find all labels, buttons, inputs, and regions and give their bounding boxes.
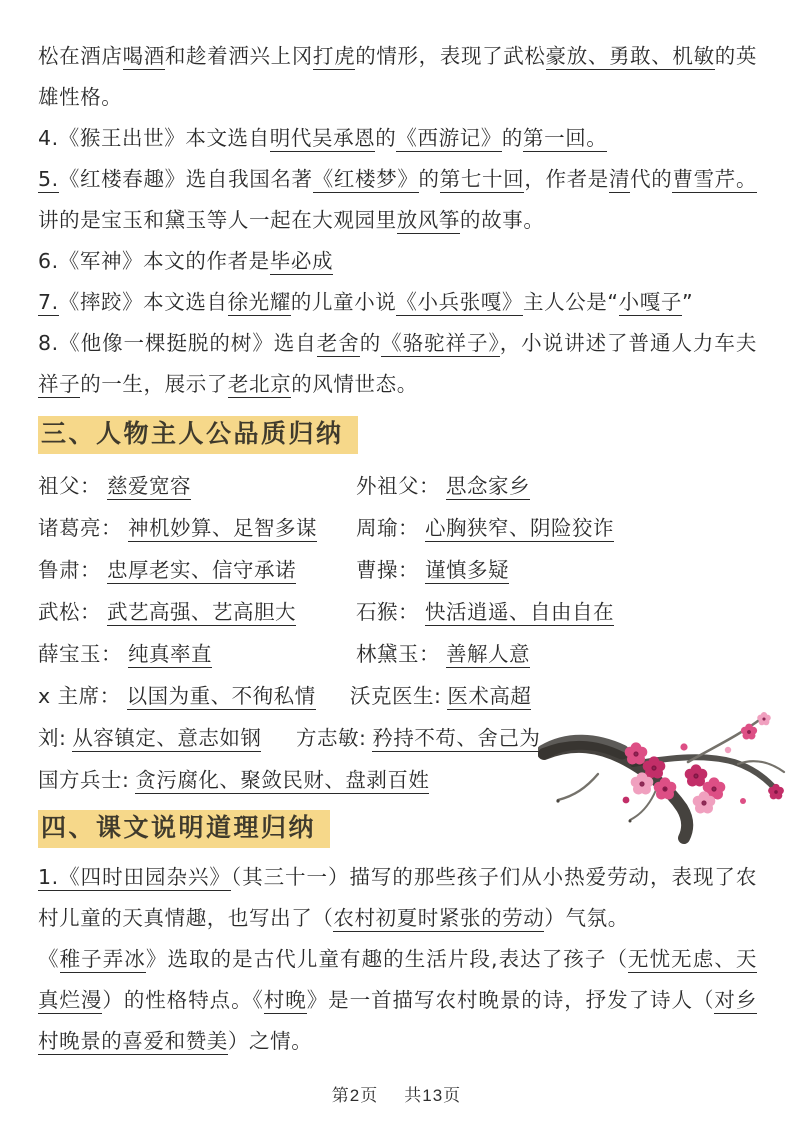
character-quality-row: 武松：武艺高强、艺高胆大 石猴：快活逍遥、自由自在: [38, 589, 757, 631]
text-segment: 讲的是宝玉和黛玉等人一起在大观园里: [38, 208, 397, 232]
underlined-text: 《西游记》: [396, 126, 502, 152]
character-quality-row: 薛宝玉：纯真率直 林黛玉：善解人意: [38, 631, 757, 673]
character-name: 林黛玉：: [356, 642, 440, 666]
character-name: x 主席：: [38, 684, 121, 708]
underlined-text: 曹雪芹。: [672, 167, 757, 193]
text-segment: ”: [682, 290, 693, 314]
character-name: 曹操：: [356, 558, 419, 582]
text-segment: 4.《猴王出世》本文选自: [38, 126, 270, 150]
character-quality: 慈爱宽容: [107, 474, 191, 500]
text-segment: 主人公是“: [523, 290, 619, 314]
character-quality-cell: x 主席：以国为重、不徇私情: [38, 679, 350, 709]
character-quality-cell: 祖父：慈爱宽容: [38, 469, 356, 499]
paragraph-item-5: 5.《红楼春趣》选自我国名著《红楼梦》的第七十回，作者是清代的曹雪芹。讲的是宝玉…: [38, 159, 757, 241]
text-segment: 和趁着洒兴上冈: [165, 44, 313, 68]
page-total: 共13页: [404, 1086, 461, 1105]
underlined-text: 稚子弄冰: [60, 947, 146, 973]
character-name: 武松：: [38, 600, 101, 624]
character-quality-cell: 林黛玉：善解人意: [356, 637, 530, 667]
text-segment: ）之情。: [228, 1029, 312, 1053]
character-quality-cell: 刘:从容镇定、意志如钢: [38, 721, 296, 751]
blossom: [625, 742, 648, 764]
underlined-text: 老北京: [228, 372, 291, 398]
underlined-text: 7.: [38, 290, 59, 316]
character-quality: 谨慎多疑: [425, 558, 509, 584]
blossom-bud: [725, 747, 731, 753]
character-name: 石猴：: [356, 600, 419, 624]
character-quality: 武艺高强、艺高胆大: [107, 600, 296, 626]
underlined-text: 老舍: [317, 331, 360, 357]
character-name: 祖父：: [38, 474, 101, 498]
character-quality-row: 诸葛亮：神机妙算、足智多谋 周瑜：心胸狭窄、阴险狡诈: [38, 505, 757, 547]
twig: [558, 774, 598, 800]
character-name: 国方兵士:: [38, 768, 129, 792]
character-quality: 快活逍遥、自由自在: [425, 600, 614, 626]
underlined-text: 1.《四时田园杂兴》: [38, 865, 231, 891]
underlined-text: 《红楼梦》: [313, 167, 419, 193]
text-segment: 《红楼春趣》选自我国名著: [59, 167, 313, 191]
paragraph-lesson-1: 1.《四时田园杂兴》（其三十一）描写的那些孩子们从小热爱劳动，表现了农村儿童的天…: [38, 857, 757, 939]
character-quality: 神机妙算、足智多谋: [128, 516, 317, 542]
text-segment: 的: [419, 167, 440, 191]
underlined-text: 放风筝: [397, 208, 460, 234]
character-quality-cell: 曹操：谨慎多疑: [356, 553, 509, 583]
underlined-text: 《骆驼祥子》: [381, 331, 500, 357]
character-quality: 以国为重、不徇私情: [127, 684, 316, 710]
text-segment: 的: [502, 126, 523, 150]
underlined-text: 打虎: [313, 44, 355, 70]
character-name: 沃克医生:: [350, 684, 441, 708]
underlined-text: 清: [609, 167, 630, 193]
character-name: 诸葛亮：: [38, 516, 122, 540]
character-name: 薛宝玉：: [38, 642, 122, 666]
text-segment: 的风情世态。: [291, 372, 418, 396]
character-quality-row: 祖父：慈爱宽容 外祖父：思念家乡: [38, 463, 757, 505]
text-segment: ）气氛。: [544, 906, 628, 930]
paragraph-item-4: 4.《猴王出世》本文选自明代吴承恩的《西游记》的第一回。: [38, 118, 757, 159]
blossom-bud: [740, 798, 746, 804]
plum-blossom-illustration: [538, 702, 790, 850]
character-quality: 从容镇定、意志如钢: [72, 726, 261, 752]
text-segment: 》选取的是古代儿童有趣的生活片段,表达了孩子（: [146, 947, 628, 971]
character-quality-cell: 周瑜：心胸狭窄、阴险狡诈: [356, 511, 614, 541]
text-segment: 《摔跤》本文选自: [59, 290, 228, 314]
section-heading-3: 三、人物主人公品质归纳: [38, 416, 358, 454]
underlined-text: 祥子: [38, 372, 80, 398]
character-quality-cell: 武松：武艺高强、艺高胆大: [38, 595, 356, 625]
underlined-text: 吴承恩: [312, 126, 375, 152]
blossom-bud: [757, 712, 771, 725]
character-quality-cell: 方志敏:矜持不苟、舍己为: [296, 721, 540, 751]
character-name: 外祖父：: [356, 474, 440, 498]
character-quality: 思念家乡: [446, 474, 530, 500]
paragraph-item-3-continuation: 松在酒店喝酒和趁着洒兴上冈打虎的情形，表现了武松豪放、勇敢、机敏的英雄性格。: [38, 36, 757, 118]
blossom-bud: [741, 724, 757, 740]
page-content: 松在酒店喝酒和趁着洒兴上冈打虎的情形，表现了武松豪放、勇敢、机敏的英雄性格。 4…: [38, 36, 757, 1062]
character-name: 周瑜：: [356, 516, 419, 540]
character-quality-cell: 外祖父：思念家乡: [356, 469, 530, 499]
paragraph-item-8: 8.《他像一棵挺脱的树》选自老舍的《骆驼祥子》，小说讲述了普通人力车夫祥子的一生…: [38, 323, 757, 405]
blossom: [685, 764, 708, 786]
character-quality: 忠厚老实、信守承诺: [107, 558, 296, 584]
underlined-text: 豪放、勇敢、机敏: [546, 44, 715, 70]
text-segment: 的: [360, 331, 381, 355]
underlined-text: 农村初夏时紧张的劳动: [333, 906, 544, 932]
text-segment: ，小说讲述了普通人力车夫: [500, 331, 757, 355]
blossom-bud: [623, 797, 630, 804]
paragraph-lesson-2: 《稚子弄冰》选取的是古代儿童有趣的生活片段,表达了孩子（无忧无虑、天真烂漫）的性…: [38, 939, 757, 1062]
page-number: 第2页: [332, 1086, 378, 1105]
text-segment: 的情形，表现了武松: [355, 44, 545, 68]
underlined-text: 徐光耀: [228, 290, 291, 316]
text-segment: 的: [375, 126, 396, 150]
character-quality: 医术高超: [447, 684, 531, 710]
section-heading-4: 四、课文说明道理归纳: [38, 810, 330, 848]
character-quality-cell: 石猴：快活逍遥、自由自在: [356, 595, 614, 625]
underlined-text: 小嘎子: [619, 290, 682, 316]
underlined-text: 村晚: [264, 988, 307, 1014]
blossom-bud: [680, 743, 687, 750]
text-segment: 代的: [630, 167, 672, 191]
underlined-text: 第一回。: [523, 126, 607, 152]
underlined-text: 第七十回: [440, 167, 525, 193]
paragraph-item-6: 6.《军神》本文的作者是毕必成: [38, 241, 757, 282]
character-quality-cell: 国方兵士:贪污腐化、聚敛民财、盘剥百姓: [38, 763, 429, 793]
text-segment: 8.《他像一棵挺脱的树》选自: [38, 331, 317, 355]
underlined-text: 《小兵张嘎》: [396, 290, 523, 316]
text-segment: 的一生，展示了: [80, 372, 228, 396]
twig: [630, 790, 656, 820]
underlined-text: 5.: [38, 167, 59, 193]
character-quality-row: 鲁肃：忠厚老实、信守承诺 曹操：谨慎多疑: [38, 547, 757, 589]
character-quality: 心胸狭窄、阴险狡诈: [425, 516, 614, 542]
character-quality: 纯真率直: [128, 642, 212, 668]
character-quality: 贪污腐化、聚敛民财、盘剥百姓: [135, 768, 429, 794]
character-quality-cell: 沃克医生:医术高超: [350, 679, 531, 709]
underlined-text: 明代: [270, 126, 312, 152]
text-segment: 的故事。: [460, 208, 544, 232]
paragraph-item-7: 7.《摔跤》本文选自徐光耀的儿童小说《小兵张嘎》主人公是“小嘎子”: [38, 282, 757, 323]
character-quality: 善解人意: [446, 642, 530, 668]
text-segment: 《: [38, 947, 60, 971]
character-quality: 矜持不苟、舍己为: [372, 726, 540, 752]
text-segment: 》是一首描写农村晚景的诗，抒发了诗人（: [307, 988, 715, 1012]
character-name: 刘:: [38, 726, 66, 750]
text-segment: ）的性格特点。《: [102, 988, 263, 1012]
character-quality-cell: 鲁肃：忠厚老实、信守承诺: [38, 553, 356, 583]
text-segment: ，作者是: [524, 167, 609, 191]
underlined-text: 毕必成: [270, 249, 333, 275]
character-quality-cell: 诸葛亮：神机妙算、足智多谋: [38, 511, 356, 541]
text-segment: 松在酒店: [38, 44, 123, 68]
document-page: 松在酒店喝酒和趁着洒兴上冈打虎的情形，表现了武松豪放、勇敢、机敏的英雄性格。 4…: [0, 0, 793, 1122]
page-footer: 第2页共13页: [0, 1081, 793, 1106]
text-segment: 6.《军神》本文的作者是: [38, 249, 270, 273]
character-quality-cell: 薛宝玉：纯真率直: [38, 637, 356, 667]
underlined-text: 喝酒: [123, 44, 165, 70]
character-name: 鲁肃：: [38, 558, 101, 582]
character-name: 方志敏:: [296, 726, 366, 750]
text-segment: 的儿童小说: [291, 290, 397, 314]
